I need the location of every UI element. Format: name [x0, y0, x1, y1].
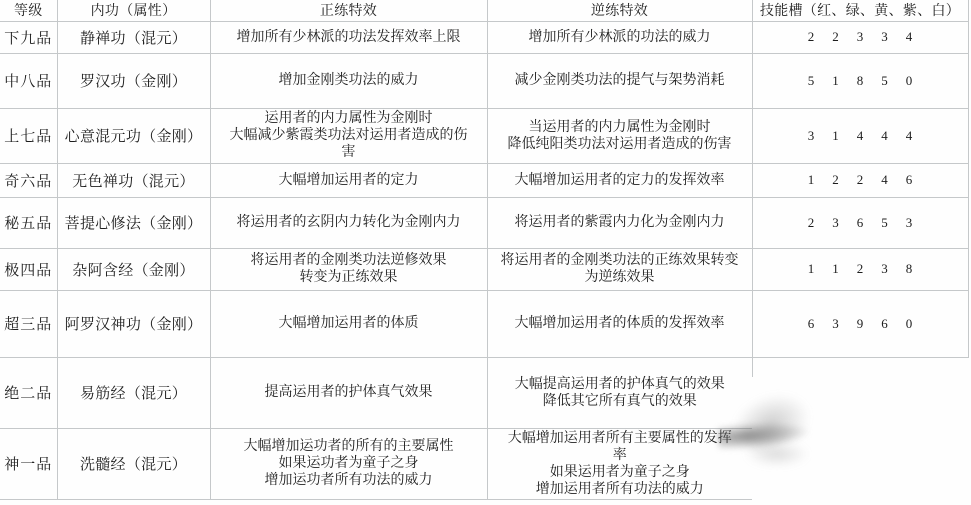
forward-effect-cell: 增加金刚类功法的威力	[210, 53, 487, 108]
slot-value: 2	[832, 29, 839, 45]
skill-slots-cell: 31444	[752, 108, 968, 163]
slot-value: 2	[857, 261, 864, 277]
slot-value: 6	[857, 215, 864, 231]
grade-cell: 极四品	[0, 248, 57, 290]
slot-value: 0	[906, 73, 913, 89]
slot-values: 23653	[753, 215, 968, 231]
skill-name-cell: 心意混元功（金刚）	[57, 108, 210, 163]
reverse-effect-cell: 大幅增加运用者所有主要属性的发挥 率 如果运用者为童子之身 增加运用者所有功法的…	[487, 428, 752, 499]
slot-value: 3	[881, 29, 888, 45]
skill-name-cell: 洗髓经（混元）	[57, 428, 210, 499]
slot-value: 3	[881, 261, 888, 277]
header-skill-slots: 技能槽（红、绿、黄、紫、白）	[752, 0, 968, 21]
reverse-effect-cell: 大幅提高运用者的护体真气的效果 降低其它所有真气的效果	[487, 357, 752, 428]
reverse-effect-cell: 增加所有少林派的功法的威力	[487, 21, 752, 53]
skill-name-cell: 菩提心修法（金刚）	[57, 197, 210, 248]
slot-value: 8	[906, 261, 913, 277]
skill-name-cell: 静禅功（混元）	[57, 21, 210, 53]
slot-values: 31444	[753, 128, 968, 144]
slot-value: 1	[832, 73, 839, 89]
slot-value: 3	[832, 215, 839, 231]
slot-value: 4	[857, 128, 864, 144]
table-row: 下九品 静禅功（混元） 增加所有少林派的功法发挥效率上限 增加所有少林派的功法的…	[0, 21, 968, 53]
grade-cell: 奇六品	[0, 163, 57, 197]
slot-value: 6	[808, 316, 815, 332]
slot-values: 51850	[753, 73, 968, 89]
grade-cell: 绝二品	[0, 357, 57, 428]
table-row: 秘五品 菩提心修法（金刚） 将运用者的玄阴内力转化为金刚内力 将运用者的紫霞内力…	[0, 197, 968, 248]
slot-value: 1	[808, 172, 815, 188]
slot-values: 63960	[753, 316, 968, 332]
table-row: 中八品 罗汉功（金刚） 增加金刚类功法的威力 减少金刚类功法的提气与架势消耗 5…	[0, 53, 968, 108]
slot-value: 3	[857, 29, 864, 45]
forward-effect-cell: 将运用者的玄阴内力转化为金刚内力	[210, 197, 487, 248]
reverse-effect-cell: 大幅增加运用者的体质的发挥效率	[487, 290, 752, 357]
slot-value: 3	[808, 128, 815, 144]
slot-value: 6	[906, 172, 913, 188]
inner-skill-table-screenshot: 等级 内功（属性） 正练特效 逆练特效 技能槽（红、绿、黄、紫、白） 下九品 静…	[0, 0, 971, 505]
slot-value: 1	[832, 261, 839, 277]
header-row: 等级 内功（属性） 正练特效 逆练特效 技能槽（红、绿、黄、紫、白）	[0, 0, 968, 21]
slot-value: 2	[808, 215, 815, 231]
forward-effect-cell: 将运用者的金刚类功法逆修效果 转变为正练效果	[210, 248, 487, 290]
skill-slots-cell	[752, 428, 968, 499]
forward-effect-cell: 提高运用者的护体真气效果	[210, 357, 487, 428]
grade-cell: 超三品	[0, 290, 57, 357]
forward-effect-cell: 大幅增加运功者的所有的主要属性 如果运功者为童子之身 增加运功者所有功法的威力	[210, 428, 487, 499]
skill-slots-cell: 63960	[752, 290, 968, 357]
skill-slots-cell: 22334	[752, 21, 968, 53]
slot-values: 11238	[753, 261, 968, 277]
reverse-effect-cell: 将运用者的紫霞内力化为金刚内力	[487, 197, 752, 248]
slot-values: 12246	[753, 172, 968, 188]
slot-value: 5	[881, 73, 888, 89]
slot-values: 22334	[753, 29, 968, 45]
slot-value: 3	[906, 215, 913, 231]
slot-value: 2	[832, 172, 839, 188]
slot-value: 4	[881, 128, 888, 144]
slot-value: 2	[808, 29, 815, 45]
forward-effect-cell: 增加所有少林派的功法发挥效率上限	[210, 21, 487, 53]
skill-slots-cell: 51850	[752, 53, 968, 108]
forward-effect-cell: 运用者的内力属性为金刚时 大幅减少紫霞类功法对运用者造成的伤 害	[210, 108, 487, 163]
slot-value: 0	[906, 316, 913, 332]
header-grade: 等级	[0, 0, 57, 21]
grade-cell: 神一品	[0, 428, 57, 499]
reverse-effect-cell: 当运用者的内力属性为金刚时 降低纯阳类功法对运用者造成的伤害	[487, 108, 752, 163]
slot-value: 8	[857, 73, 864, 89]
slot-value: 4	[881, 172, 888, 188]
grade-cell: 秘五品	[0, 197, 57, 248]
reverse-effect-cell: 将运用者的金刚类功法的正练效果转变 为逆练效果	[487, 248, 752, 290]
slot-value: 1	[808, 261, 815, 277]
inner-skill-table: 等级 内功（属性） 正练特效 逆练特效 技能槽（红、绿、黄、紫、白） 下九品 静…	[0, 0, 969, 500]
table-row: 奇六品 无色禅功（混元） 大幅增加运用者的定力 大幅增加运用者的定力的发挥效率 …	[0, 163, 968, 197]
slot-value: 1	[832, 128, 839, 144]
slot-value: 4	[906, 128, 913, 144]
slot-value: 3	[832, 316, 839, 332]
grade-cell: 中八品	[0, 53, 57, 108]
slot-value: 5	[881, 215, 888, 231]
forward-effect-cell: 大幅增加运用者的定力	[210, 163, 487, 197]
skill-slots-cell	[752, 357, 968, 428]
skill-name-cell: 无色禅功（混元）	[57, 163, 210, 197]
skill-name-cell: 易筋经（混元）	[57, 357, 210, 428]
skill-slots-cell: 12246	[752, 163, 968, 197]
header-reverse-effect: 逆练特效	[487, 0, 752, 21]
table-row: 神一品 洗髓经（混元） 大幅增加运功者的所有的主要属性 如果运功者为童子之身 增…	[0, 428, 968, 499]
reverse-effect-cell: 减少金刚类功法的提气与架势消耗	[487, 53, 752, 108]
reverse-effect-cell: 大幅增加运用者的定力的发挥效率	[487, 163, 752, 197]
table-row: 极四品 杂阿含经（金刚） 将运用者的金刚类功法逆修效果 转变为正练效果 将运用者…	[0, 248, 968, 290]
table-row: 上七品 心意混元功（金刚） 运用者的内力属性为金刚时 大幅减少紫霞类功法对运用者…	[0, 108, 968, 163]
skill-slots-cell: 11238	[752, 248, 968, 290]
skill-name-cell: 罗汉功（金刚）	[57, 53, 210, 108]
header-forward-effect: 正练特效	[210, 0, 487, 21]
header-skill: 内功（属性）	[57, 0, 210, 21]
table-row: 超三品 阿罗汉神功（金刚） 大幅增加运用者的体质 大幅增加运用者的体质的发挥效率…	[0, 290, 968, 357]
slot-value: 9	[857, 316, 864, 332]
forward-effect-cell: 大幅增加运用者的体质	[210, 290, 487, 357]
grade-cell: 上七品	[0, 108, 57, 163]
table-row: 绝二品 易筋经（混元） 提高运用者的护体真气效果 大幅提高运用者的护体真气的效果…	[0, 357, 968, 428]
skill-name-cell: 阿罗汉神功（金刚）	[57, 290, 210, 357]
skill-name-cell: 杂阿含经（金刚）	[57, 248, 210, 290]
slot-value: 2	[857, 172, 864, 188]
slot-value: 4	[906, 29, 913, 45]
slot-value: 6	[881, 316, 888, 332]
truncated-column-border	[752, 357, 753, 377]
slot-value: 5	[808, 73, 815, 89]
grade-cell: 下九品	[0, 21, 57, 53]
skill-slots-cell: 23653	[752, 197, 968, 248]
